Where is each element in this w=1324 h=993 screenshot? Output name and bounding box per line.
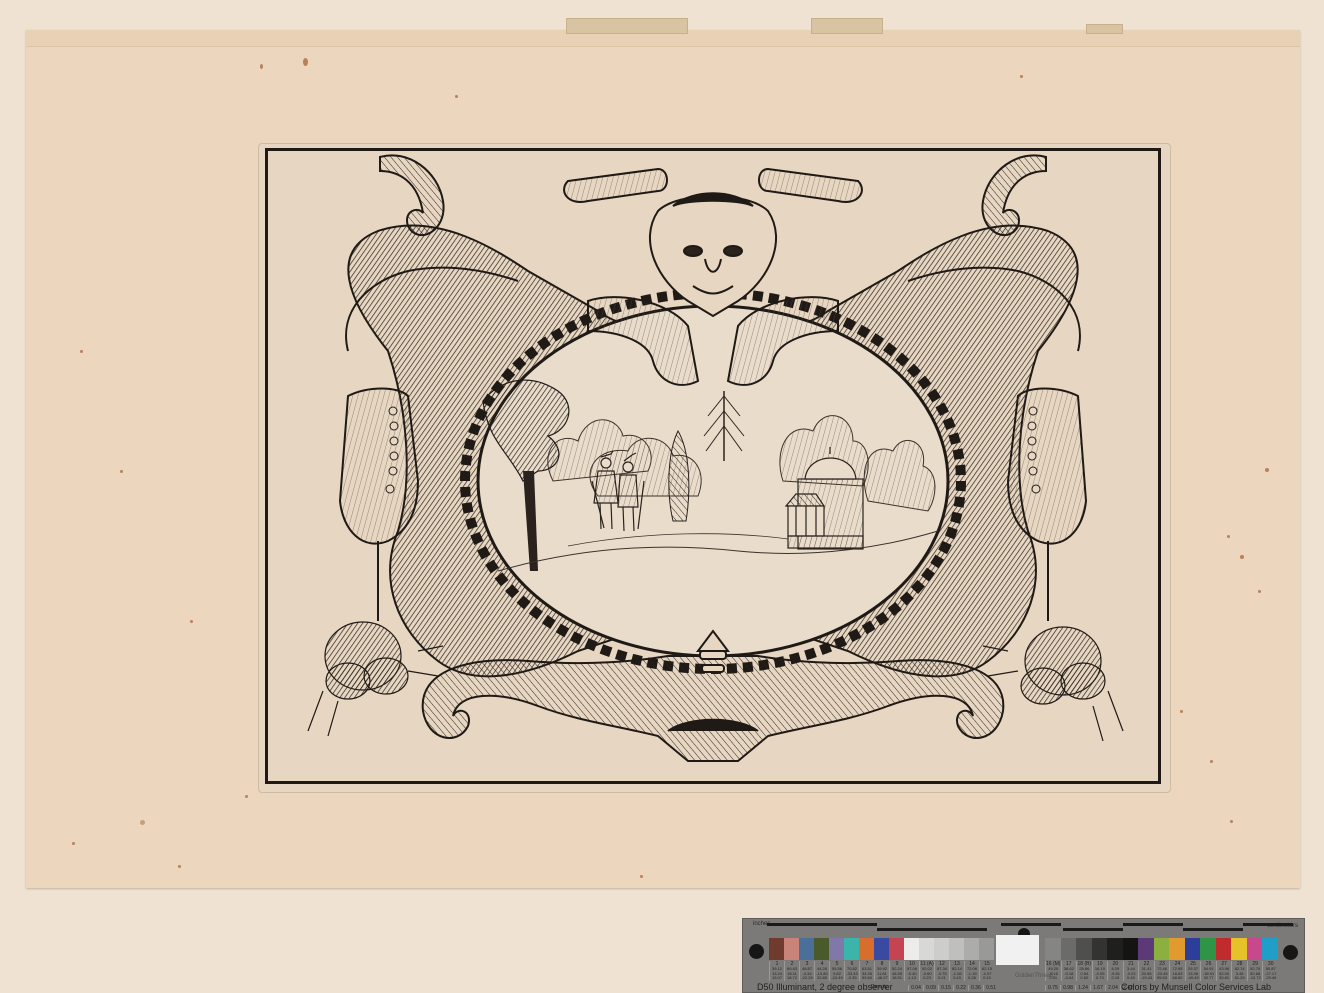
color-calibration-target: inches centimeters 1234567891011 (A)1213… [742, 918, 1305, 993]
lab-value: -0.35 [844, 976, 859, 981]
lab-value: 0.60 [1076, 976, 1092, 981]
ruler-bar [1123, 923, 1183, 926]
hinge-tape [811, 18, 883, 34]
value-cell: 1.67 [1090, 985, 1105, 991]
value-cell: 0.51 [983, 985, 998, 991]
color-patch [1154, 938, 1170, 960]
lab-value: 0.19 [1107, 976, 1123, 981]
lab-value: 1.13 [904, 976, 919, 981]
lab-value: -0.04 [1061, 976, 1077, 981]
lab-value: -12.72 [1247, 976, 1263, 981]
color-patch [1262, 938, 1278, 960]
value-cell: 0.22 [953, 985, 968, 991]
color-patch [874, 938, 889, 960]
lab-value: 15.07 [769, 976, 784, 981]
color-patch [934, 938, 949, 960]
color-patch [1247, 938, 1263, 960]
registration-hole [1283, 945, 1298, 960]
lab-value: 0.21 [934, 976, 949, 981]
color-patch [799, 938, 814, 960]
ruler-bar [1183, 928, 1243, 931]
lab-value: -46.07 [874, 976, 889, 981]
ruler-bar [1243, 923, 1293, 926]
color-patch [1123, 938, 1139, 960]
lab-value: 30.77 [1200, 976, 1216, 981]
lab-value: 59.60 [859, 976, 874, 981]
color-patch [889, 938, 904, 960]
color-patch [1092, 938, 1108, 960]
lab-value: 0.28 [964, 976, 979, 981]
color-patch [769, 938, 784, 960]
color-patch [1200, 938, 1216, 960]
lab-value: 0.73 [1092, 976, 1108, 981]
lab-value: 18.72 [784, 976, 799, 981]
color-patch [1169, 938, 1185, 960]
value-cell: 2.04 [1105, 985, 1120, 991]
lab-value: 55.63 [1154, 976, 1170, 981]
color-patch [814, 938, 829, 960]
color-patch [1076, 938, 1092, 960]
lab-value: 81.29 [1231, 976, 1247, 981]
lab-value: -24.49 [829, 976, 844, 981]
color-patch [904, 938, 919, 960]
color-patch [1045, 938, 1061, 960]
color-patch [919, 938, 934, 960]
lab-value: 0.49 [1123, 976, 1139, 981]
lab-value: 0.19 [979, 976, 994, 981]
cartouche-engraving [268, 151, 1158, 781]
color-patches-left [769, 938, 994, 960]
brand-label: GoldenThread [1015, 973, 1053, 979]
ruler-bar [767, 923, 877, 926]
value-cell: 0.15 [938, 985, 953, 991]
credit-label: Colors by Munsell Color Services Lab [1121, 982, 1271, 992]
color-patch [1185, 938, 1201, 960]
color-patch [844, 938, 859, 960]
lab-value: -22.29 [799, 976, 814, 981]
density-label: Density [871, 984, 888, 990]
white-balance-card [996, 935, 1039, 965]
color-patch [859, 938, 874, 960]
color-patch [964, 938, 979, 960]
lab-row-b: 15.0718.72-22.2922.85-24.49-0.3559.60-46… [769, 976, 994, 981]
value-cell: 0.98 [1060, 985, 1075, 991]
color-patch [1107, 938, 1123, 960]
lab-value: -29.46 [1262, 976, 1278, 981]
hinge-tape [566, 18, 688, 34]
ruler-bar [1001, 923, 1061, 926]
lab-row-b: 0.01-0.040.600.730.190.49-19.4355.6368.8… [1045, 976, 1278, 981]
lab-value: -19.43 [1138, 976, 1154, 981]
lab-value: 22.85 [814, 976, 829, 981]
ruler-bar [1063, 928, 1123, 931]
color-patch [949, 938, 964, 960]
color-patch [979, 938, 994, 960]
lab-value: 0.43 [949, 976, 964, 981]
value-cell: 0.09 [923, 985, 938, 991]
value-cell: 0.04 [908, 985, 923, 991]
value-cell: 0.75 [1045, 985, 1060, 991]
registration-hole [749, 944, 764, 959]
ruler-bar [877, 928, 987, 931]
color-patches-right [1045, 938, 1278, 960]
lab-value: -49.49 [1185, 976, 1201, 981]
color-patch [1138, 938, 1154, 960]
color-patch [1061, 938, 1077, 960]
lab-values-left: 39.1269.4348.8744.2655.5670.8263.5139.92… [769, 967, 994, 981]
color-patch [1231, 938, 1247, 960]
density-values-left: 0.040.090.150.220.360.51 [908, 985, 998, 991]
lab-value: 18.51 [889, 976, 904, 981]
color-patch [829, 938, 844, 960]
value-cell: 0.36 [968, 985, 983, 991]
lab-values-right: 49.2538.6228.8616.198.293.4431.4172.4672… [1045, 967, 1278, 981]
hinge-tape [1086, 24, 1123, 34]
color-patch [1216, 938, 1232, 960]
lab-value: 0.23 [919, 976, 934, 981]
lab-value: 68.80 [1169, 976, 1185, 981]
value-cell: 1.24 [1075, 985, 1090, 991]
color-patch [784, 938, 799, 960]
lab-value: 30.81 [1216, 976, 1232, 981]
